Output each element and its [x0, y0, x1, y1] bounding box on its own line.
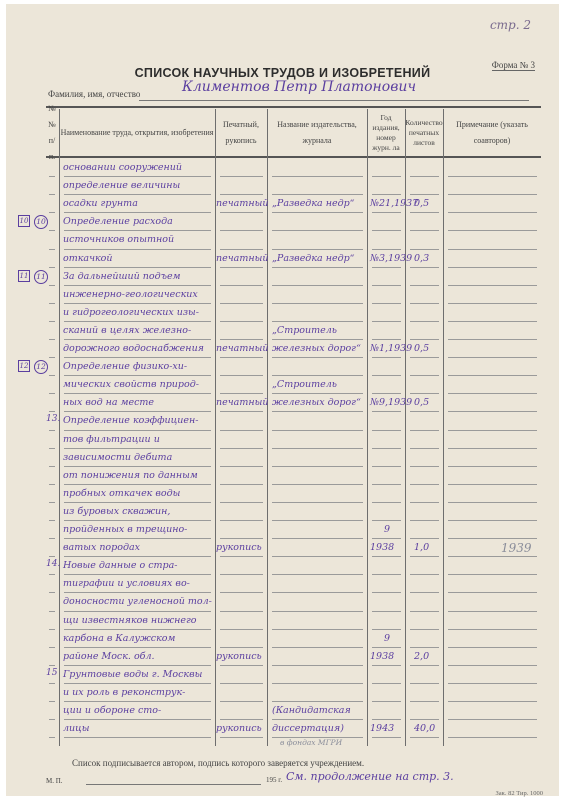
- header-number: №№ п/п.: [46, 112, 58, 154]
- row-rule: [64, 393, 211, 394]
- row-rule: [49, 538, 55, 539]
- row-rule: [49, 502, 55, 503]
- work-title: щи известняков нижнего: [63, 614, 197, 628]
- row-rule: [64, 321, 211, 322]
- row-rule: [448, 230, 537, 231]
- journal-name: „Разведка недр“: [272, 252, 355, 266]
- row-rule: [220, 574, 263, 575]
- row-rule: [220, 592, 263, 593]
- row-rule: [410, 719, 439, 720]
- row-rule: [410, 339, 439, 340]
- row-rule: [372, 556, 401, 557]
- row-rule: [64, 737, 211, 738]
- row-rule: [372, 611, 401, 612]
- row-rule: [220, 556, 263, 557]
- row-rule: [372, 683, 401, 684]
- row-rule: [372, 448, 401, 449]
- row-rule: [272, 719, 363, 720]
- row-rule: [64, 647, 211, 648]
- row-rule: [410, 520, 439, 521]
- row-rule: [272, 629, 363, 630]
- row-rule: [448, 194, 537, 195]
- row-rule: [372, 592, 401, 593]
- work-title: инженерно-геологических: [63, 288, 198, 302]
- row-rule: [272, 194, 363, 195]
- row-rule: [49, 267, 55, 268]
- row-rule: [64, 719, 211, 720]
- row-rule: [410, 249, 439, 250]
- margin-box-number: 12: [18, 360, 30, 372]
- row-rule: [64, 267, 211, 268]
- row-rule: [220, 611, 263, 612]
- work-title: определение величины: [63, 179, 180, 193]
- row-rule: [410, 230, 439, 231]
- row-rule: [272, 267, 363, 268]
- row-rule: [372, 321, 401, 322]
- document-title: СПИСОК НАУЧНЫХ ТРУДОВ И ИЗОБРЕТЕНИЙ: [6, 66, 559, 80]
- row-rule: [64, 285, 211, 286]
- journal-name: „Разведка недр“: [272, 197, 355, 211]
- row-rule: [49, 574, 55, 575]
- row-rule: [372, 737, 401, 738]
- row-rule: [272, 520, 363, 521]
- row-rule: [272, 538, 363, 539]
- row-rule: [220, 647, 263, 648]
- row-rule: [372, 484, 401, 485]
- row-rule: [220, 520, 263, 521]
- work-title: источников опытной: [63, 233, 174, 247]
- row-rule: [272, 466, 363, 467]
- column-divider: [443, 109, 444, 746]
- work-title: ных вод на месте: [63, 396, 154, 410]
- year-issue: 9: [384, 523, 390, 537]
- work-title: дорожного водоснабжения: [63, 342, 204, 356]
- row-rule: [410, 176, 439, 177]
- row-rule: [64, 430, 211, 431]
- row-rule: [410, 574, 439, 575]
- row-rule: [410, 556, 439, 557]
- row-rule: [272, 321, 363, 322]
- row-rule: [220, 737, 263, 738]
- row-rule: [448, 520, 537, 521]
- row-rule: [49, 393, 55, 394]
- row-rule: [372, 647, 401, 648]
- publication-type: печатный: [216, 396, 268, 410]
- journal-name: диссертация): [272, 722, 344, 736]
- row-rule: [410, 430, 439, 431]
- publication-type: рукопись: [216, 650, 262, 664]
- row-rule: [410, 285, 439, 286]
- row-rule: [220, 629, 263, 630]
- row-rule: [49, 448, 55, 449]
- row-rule: [372, 466, 401, 467]
- work-title: пройденных в трещино-: [63, 523, 187, 537]
- print-sheets: 0,5: [414, 396, 429, 410]
- row-rule: [448, 502, 537, 503]
- row-rule: [64, 592, 211, 593]
- year-issue: №9,1939: [370, 396, 412, 410]
- row-rule: [220, 683, 263, 684]
- row-rule: [220, 701, 263, 702]
- row-rule: [64, 502, 211, 503]
- print-sheets: 1,0: [414, 541, 429, 555]
- year-label: 195 г.: [266, 776, 282, 784]
- row-rule: [272, 212, 363, 213]
- row-rule: [372, 430, 401, 431]
- work-title: из буровых скважин,: [63, 505, 170, 519]
- row-rule: [220, 719, 263, 720]
- row-rule: [220, 249, 263, 250]
- row-rule: [410, 303, 439, 304]
- row-rule: [372, 176, 401, 177]
- row-rule: [64, 574, 211, 575]
- work-title: карбона в Калужском: [63, 632, 175, 646]
- header-year: Год издания, номер журн. ла: [368, 112, 404, 154]
- row-rule: [49, 194, 55, 195]
- fio-underline: [139, 100, 529, 101]
- row-rule: [49, 285, 55, 286]
- row-rule: [220, 665, 263, 666]
- row-rule: [220, 375, 263, 376]
- row-rule: [372, 574, 401, 575]
- row-rule: [49, 339, 55, 340]
- work-title: Определение коэффициен-: [63, 414, 198, 428]
- row-rule: [64, 212, 211, 213]
- work-title: Грунтовые воды г. Москвы: [63, 668, 202, 682]
- print-sheets: 40,0: [414, 722, 435, 736]
- year-issue: 1938: [370, 541, 394, 555]
- row-rule: [410, 393, 439, 394]
- row-rule: [372, 357, 401, 358]
- row-rule: [372, 719, 401, 720]
- row-rule: [448, 393, 537, 394]
- table-header-rule: [46, 156, 541, 158]
- row-rule: [448, 176, 537, 177]
- row-rule: [410, 357, 439, 358]
- row-rule: [64, 411, 211, 412]
- work-title: Новые данные о стра-: [63, 559, 178, 573]
- row-rule: [448, 430, 537, 431]
- header-note: Примечание (указать соавторов): [444, 112, 540, 154]
- row-rule: [410, 321, 439, 322]
- year-issue: 1943: [370, 722, 394, 736]
- row-rule: [64, 194, 211, 195]
- row-rule: [64, 357, 211, 358]
- row-rule: [64, 466, 211, 467]
- row-rule: [372, 411, 401, 412]
- row-rule: [372, 230, 401, 231]
- row-rule: [49, 466, 55, 467]
- row-rule: [220, 339, 263, 340]
- row-rule: [448, 249, 537, 250]
- row-rule: [372, 538, 401, 539]
- row-rule: [448, 574, 537, 575]
- row-rule: [372, 665, 401, 666]
- circled-number: 10: [34, 215, 48, 229]
- row-rule: [49, 701, 55, 702]
- work-title: районе Моск. обл.: [63, 650, 155, 664]
- row-rule: [448, 285, 537, 286]
- row-rule: [49, 321, 55, 322]
- work-title: зависимости дебита: [63, 451, 172, 465]
- publication-type: печатный: [216, 252, 268, 266]
- circled-number: 11: [34, 270, 48, 284]
- work-title: пробных откачек воды: [63, 487, 180, 501]
- row-rule: [410, 683, 439, 684]
- row-rule: [410, 647, 439, 648]
- table-top-rule: [46, 106, 541, 108]
- row-rule: [220, 393, 263, 394]
- row-rule: [64, 538, 211, 539]
- row-rule: [49, 230, 55, 231]
- row-rule: [49, 556, 55, 557]
- year-issue: 9: [384, 632, 390, 646]
- row-rule: [410, 212, 439, 213]
- row-rule: [49, 357, 55, 358]
- print-info: Зак. 82 Тир. 1000: [496, 790, 543, 797]
- row-rule: [220, 230, 263, 231]
- row-rule: [272, 285, 363, 286]
- journal-name: железных дорог“: [272, 396, 361, 410]
- row-rule: [448, 212, 537, 213]
- row-rule: [64, 176, 211, 177]
- journal-name: „Строитель: [272, 378, 337, 392]
- year-issue: №1,1939: [370, 342, 412, 356]
- row-rule: [448, 556, 537, 557]
- continuation-note: См. продолжение на стр. 3.: [286, 770, 454, 783]
- print-sheets: 0,3: [414, 252, 429, 266]
- document-page: стр. 2 Форма № 3 СПИСОК НАУЧНЫХ ТРУДОВ И…: [6, 4, 559, 796]
- margin-box-number: 11: [18, 270, 30, 282]
- row-rule: [272, 448, 363, 449]
- row-rule: [448, 484, 537, 485]
- row-rule: [410, 629, 439, 630]
- row-rule: [220, 484, 263, 485]
- row-rule: [220, 212, 263, 213]
- row-rule: [272, 484, 363, 485]
- page-mark: стр. 2: [490, 18, 531, 32]
- row-rule: [272, 176, 363, 177]
- margin-box-number: 10: [18, 215, 30, 227]
- work-title: ции и обороне сто-: [63, 704, 161, 718]
- row-rule: [410, 194, 439, 195]
- circled-number: 12: [34, 360, 48, 374]
- publication-type: рукопись: [216, 541, 262, 555]
- row-rule: [372, 520, 401, 521]
- row-rule: [220, 411, 263, 412]
- row-rule: [64, 556, 211, 557]
- date-line: [86, 784, 261, 785]
- row-rule: [49, 176, 55, 177]
- journal-name: „Строитель: [272, 324, 337, 338]
- row-rule: [220, 321, 263, 322]
- work-title: мических свойств природ-: [63, 378, 199, 392]
- row-rule: [220, 285, 263, 286]
- row-rule: [448, 538, 537, 539]
- work-title: сканий в целях железно-: [63, 324, 191, 338]
- row-rule: [64, 484, 211, 485]
- row-rule: [64, 303, 211, 304]
- row-rule: [448, 339, 537, 340]
- row-rule: [372, 393, 401, 394]
- row-rule: [448, 701, 537, 702]
- row-rule: [372, 303, 401, 304]
- row-rule: [64, 230, 211, 231]
- work-title: основании сооружений: [63, 161, 182, 175]
- row-rule: [448, 665, 537, 666]
- row-rule: [272, 574, 363, 575]
- row-rule: [220, 176, 263, 177]
- row-rule: [49, 212, 55, 213]
- row-rule: [272, 701, 363, 702]
- row-rule: [220, 466, 263, 467]
- header-type: Печатный, рукопись: [216, 112, 266, 154]
- year-issue: №21,1937: [370, 197, 418, 211]
- row-rule: [49, 249, 55, 250]
- row-rule: [272, 502, 363, 503]
- row-rule: [220, 430, 263, 431]
- header-title: Наименование труда, открытия, изобретени…: [60, 112, 214, 154]
- row-rule: [448, 592, 537, 593]
- row-rule: [64, 448, 211, 449]
- row-rule: [448, 737, 537, 738]
- row-rule: [49, 719, 55, 720]
- row-rule: [49, 375, 55, 376]
- row-rule: [49, 737, 55, 738]
- row-rule: [220, 448, 263, 449]
- item-number: 14.: [46, 559, 60, 569]
- row-rule: [272, 665, 363, 666]
- journal-name: железных дорог“: [272, 342, 361, 356]
- row-rule: [272, 393, 363, 394]
- row-rule: [372, 249, 401, 250]
- row-rule: [49, 683, 55, 684]
- row-rule: [272, 339, 363, 340]
- row-rule: [49, 629, 55, 630]
- row-rule: [49, 611, 55, 612]
- row-rule: [410, 592, 439, 593]
- row-rule: [410, 375, 439, 376]
- row-rule: [220, 267, 263, 268]
- row-rule: [272, 303, 363, 304]
- row-rule: [220, 194, 263, 195]
- stamp-label: М. П.: [46, 777, 63, 785]
- work-title: Определение расхода: [63, 215, 173, 229]
- publication-type: печатный: [216, 342, 268, 356]
- row-rule: [448, 647, 537, 648]
- row-rule: [272, 249, 363, 250]
- print-sheets: 0,5: [414, 197, 429, 211]
- row-rule: [220, 502, 263, 503]
- row-rule: [49, 430, 55, 431]
- year-issue: №3,1939: [370, 252, 412, 266]
- header-sheets: Количество печатных листов: [406, 112, 442, 154]
- year-issue: 1938: [370, 650, 394, 664]
- fio-value: Климентов Петр Платонович: [182, 79, 416, 95]
- row-rule: [272, 357, 363, 358]
- work-title: от понижения по данным: [63, 469, 198, 483]
- row-rule: [64, 339, 211, 340]
- print-sheets: 2,0: [414, 650, 429, 664]
- work-title: осадки грунта: [63, 197, 138, 211]
- row-rule: [448, 466, 537, 467]
- row-rule: [64, 520, 211, 521]
- row-rule: [272, 430, 363, 431]
- row-rule: [49, 647, 55, 648]
- work-title: тиграфии и условиях во-: [63, 577, 190, 591]
- row-rule: [272, 611, 363, 612]
- row-rule: [49, 411, 55, 412]
- row-rule: [448, 303, 537, 304]
- header-journal: Название издательства, журнала: [268, 112, 366, 154]
- row-rule: [49, 303, 55, 304]
- row-rule: [410, 267, 439, 268]
- remark: 1939: [501, 541, 532, 555]
- work-title: доносности угленосной тол-: [63, 595, 212, 609]
- row-rule: [448, 375, 537, 376]
- fio-label: Фамилия, имя, отчество: [48, 89, 140, 99]
- row-rule: [372, 267, 401, 268]
- row-rule: [410, 737, 439, 738]
- row-rule: [49, 665, 55, 666]
- work-title: Определение физико-хи-: [63, 360, 187, 374]
- row-rule: [372, 212, 401, 213]
- row-rule: [64, 249, 211, 250]
- row-rule: [448, 629, 537, 630]
- row-rule: [64, 683, 211, 684]
- item-number: 13.: [46, 414, 60, 424]
- row-rule: [272, 683, 363, 684]
- print-sheets: 0,5: [414, 342, 429, 356]
- row-rule: [448, 611, 537, 612]
- work-title: и их роль в реконструк-: [63, 686, 185, 700]
- archive-annotation: в фондах МГРИ: [280, 736, 342, 750]
- row-rule: [272, 375, 363, 376]
- row-rule: [410, 411, 439, 412]
- item-number: 15: [46, 668, 57, 678]
- row-rule: [272, 230, 363, 231]
- row-rule: [220, 357, 263, 358]
- journal-name: (Кандидатская: [272, 704, 351, 718]
- row-rule: [372, 375, 401, 376]
- row-rule: [49, 520, 55, 521]
- work-title: тов фильтрации и: [63, 433, 160, 447]
- row-rule: [410, 502, 439, 503]
- row-rule: [448, 411, 537, 412]
- row-rule: [410, 701, 439, 702]
- footer-note: Список подписывается автором, подпись ко…: [72, 758, 364, 768]
- work-title: За дальнейший подъем: [63, 270, 180, 284]
- works-table: №№ п/п. Наименование труда, открытия, из…: [46, 106, 541, 746]
- row-rule: [448, 321, 537, 322]
- row-rule: [410, 611, 439, 612]
- publication-type: печатный: [216, 197, 268, 211]
- row-rule: [272, 411, 363, 412]
- work-title: лицы: [63, 722, 90, 736]
- row-rule: [410, 484, 439, 485]
- row-rule: [64, 611, 211, 612]
- row-rule: [372, 629, 401, 630]
- row-rule: [64, 701, 211, 702]
- row-rule: [372, 502, 401, 503]
- work-title: и гидрогеологических изы-: [63, 306, 199, 320]
- row-rule: [448, 683, 537, 684]
- row-rule: [220, 303, 263, 304]
- row-rule: [410, 466, 439, 467]
- row-rule: [272, 556, 363, 557]
- row-rule: [372, 339, 401, 340]
- row-rule: [448, 267, 537, 268]
